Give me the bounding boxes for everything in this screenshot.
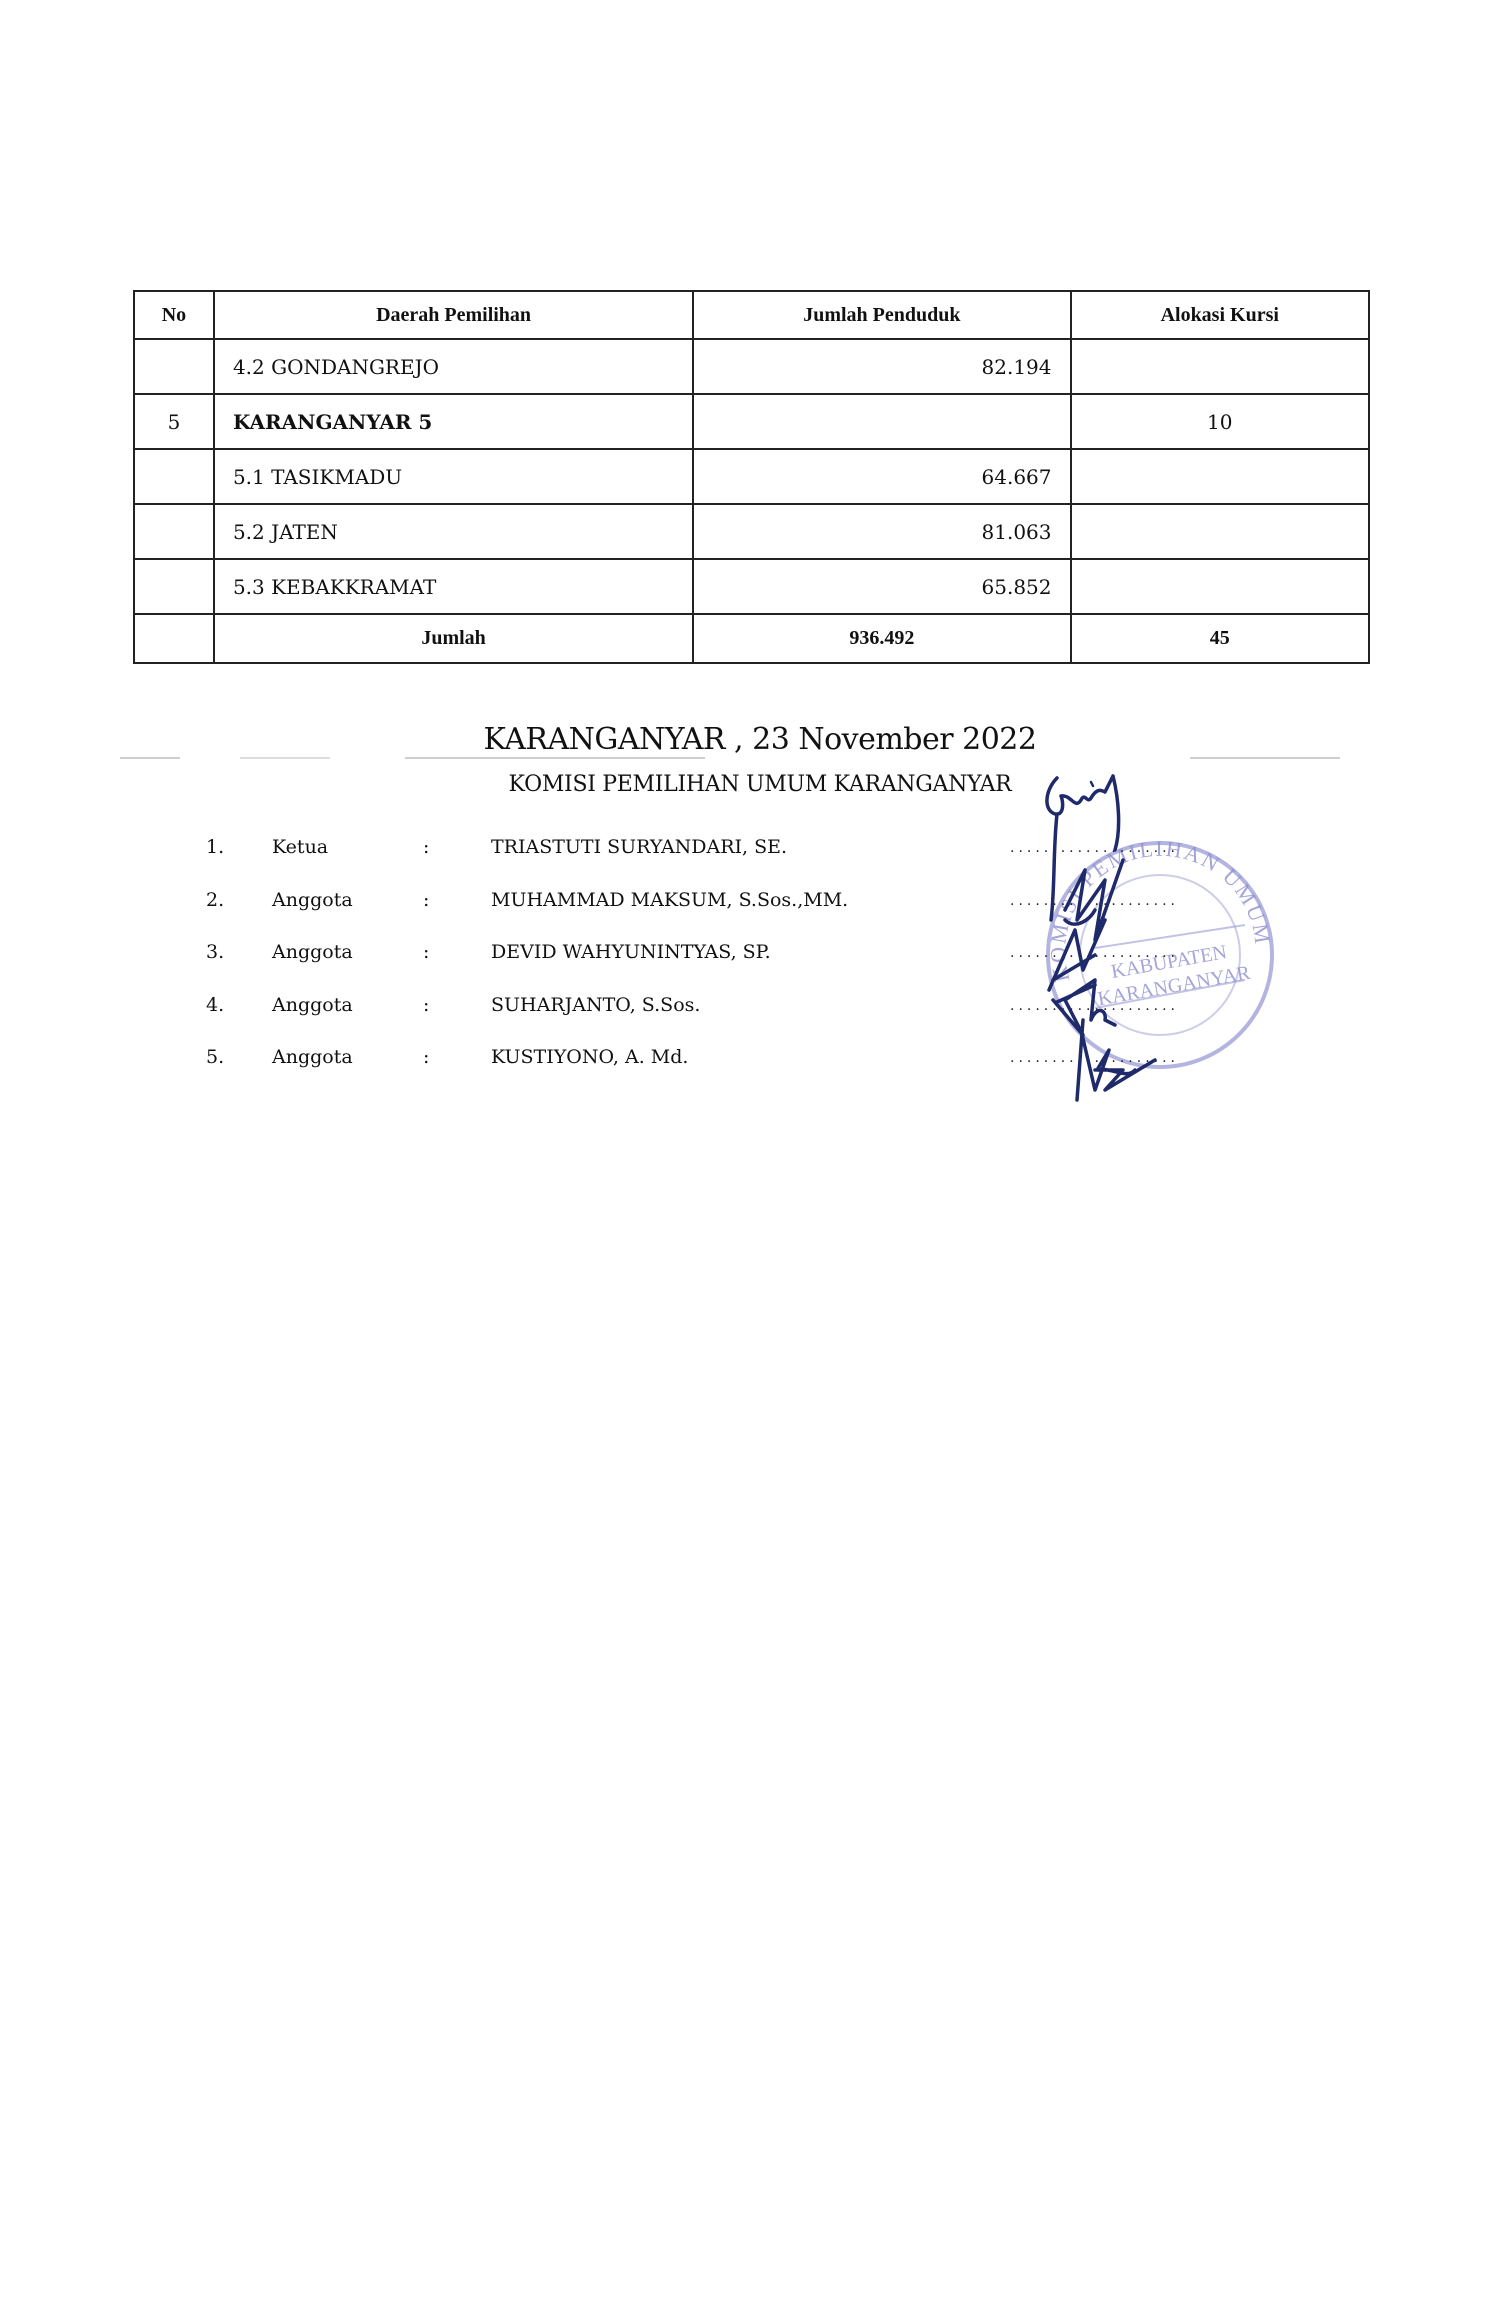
member-row: 3. Anggota : DEVID WAHYUNINTYAS, SP. ...… (0, 941, 1500, 971)
member-row: 1. Ketua : TRIASTUTI SURYANDARI, SE. ...… (0, 836, 1500, 866)
member-name: MUHAMMAD MAKSUM, S.Sos.,MM. (491, 889, 848, 911)
place-date: KARANGANYAR , 23 November 2022 (0, 722, 1500, 757)
member-name: DEVID WAHYUNINTYAS, SP. (491, 941, 771, 963)
header-no: No (134, 291, 214, 339)
cell-penduduk: 81.063 (693, 504, 1070, 559)
member-role: Anggota (272, 941, 353, 963)
total-kursi: 45 (1071, 614, 1370, 663)
cell-penduduk: 64.667 (693, 449, 1070, 504)
scan-rule-right (1190, 757, 1340, 759)
member-role: Anggota (272, 994, 353, 1016)
member-name: KUSTIYONO, A. Md. (491, 1046, 688, 1068)
scan-rule-left (120, 757, 180, 759)
organization-name: KOMISI PEMILIHAN UMUM KARANGANYAR (0, 772, 1500, 797)
member-separator: : (423, 1046, 429, 1068)
member-number: 3. (206, 941, 224, 963)
cell-penduduk (693, 394, 1070, 449)
cell-no (134, 504, 214, 559)
scan-rule-left-2 (240, 757, 330, 759)
cell-kursi: 10 (1071, 394, 1370, 449)
cell-kursi (1071, 449, 1370, 504)
cell-no (134, 614, 214, 663)
total-penduduk: 936.492 (693, 614, 1070, 663)
cell-daerah: 5.1 TASIKMADU (214, 449, 693, 504)
member-role: Anggota (272, 889, 353, 911)
table-row: 5.3 KEBAKKRAMAT 65.852 (134, 559, 1369, 614)
cell-penduduk: 65.852 (693, 559, 1070, 614)
table-header-row: No Daerah Pemilihan Jumlah Penduduk Alok… (134, 291, 1369, 339)
member-number: 4. (206, 994, 224, 1016)
header-jumlah-penduduk: Jumlah Penduduk (693, 291, 1070, 339)
header-daerah-pemilihan: Daerah Pemilihan (214, 291, 693, 339)
handwritten-signatures-icon (1035, 770, 1165, 1110)
cell-daerah: 5.2 JATEN (214, 504, 693, 559)
member-role: Anggota (272, 1046, 353, 1068)
table-row: 4.2 GONDANGREJO 82.194 (134, 339, 1369, 394)
table-row: 5.2 JATEN 81.063 (134, 504, 1369, 559)
member-number: 2. (206, 889, 224, 911)
header-alokasi-kursi: Alokasi Kursi (1071, 291, 1370, 339)
cell-kursi (1071, 559, 1370, 614)
member-name: SUHARJANTO, S.Sos. (491, 994, 700, 1016)
document-page: No Daerah Pemilihan Jumlah Penduduk Alok… (0, 0, 1500, 2298)
seat-allocation-table: No Daerah Pemilihan Jumlah Penduduk Alok… (133, 290, 1370, 664)
member-row: 5. Anggota : KUSTIYONO, A. Md. .........… (0, 1046, 1500, 1076)
cell-daerah: 5.3 KEBAKKRAMAT (214, 559, 693, 614)
cell-no (134, 449, 214, 504)
member-separator: : (423, 836, 429, 858)
cell-kursi (1071, 339, 1370, 394)
total-label: Jumlah (214, 614, 693, 663)
member-row: 4. Anggota : SUHARJANTO, S.Sos. ........… (0, 994, 1500, 1024)
table-row: 5.1 TASIKMADU 64.667 (134, 449, 1369, 504)
cell-no (134, 559, 214, 614)
cell-daerah: 4.2 GONDANGREJO (214, 339, 693, 394)
member-number: 1. (206, 836, 224, 858)
member-separator: : (423, 889, 429, 911)
cell-penduduk: 82.194 (693, 339, 1070, 394)
member-number: 5. (206, 1046, 224, 1068)
table-total-row: Jumlah 936.492 45 (134, 614, 1369, 663)
cell-no (134, 339, 214, 394)
table-row: 5 KARANGANYAR 5 10 (134, 394, 1369, 449)
member-row: 2. Anggota : MUHAMMAD MAKSUM, S.Sos.,MM.… (0, 889, 1500, 919)
member-name: TRIASTUTI SURYANDARI, SE. (491, 836, 787, 858)
member-role: Ketua (272, 836, 328, 858)
member-separator: : (423, 994, 429, 1016)
cell-daerah: KARANGANYAR 5 (214, 394, 693, 449)
cell-no: 5 (134, 394, 214, 449)
scan-rule-mid (405, 757, 705, 759)
member-separator: : (423, 941, 429, 963)
cell-kursi (1071, 504, 1370, 559)
